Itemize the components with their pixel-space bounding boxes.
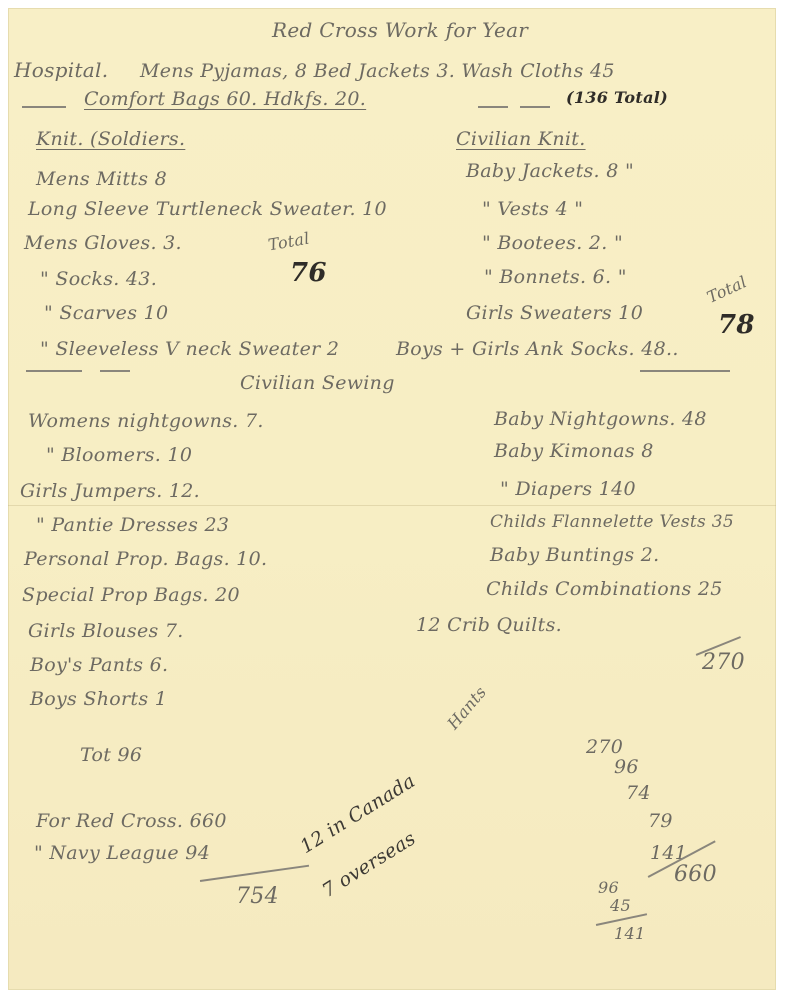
rule xyxy=(640,370,730,372)
list-item: Baby Kimonas 8 xyxy=(494,440,654,462)
civilian-sewing-heading: Civilian Sewing xyxy=(240,372,395,394)
list-item: " Vests 4 " xyxy=(482,198,583,220)
rule xyxy=(26,370,82,372)
civilian-sewing-left-total: Tot 96 xyxy=(80,744,142,766)
list-item: " Sleeveless V neck Sweater 2 xyxy=(40,338,339,360)
list-item: Girls Jumpers. 12. xyxy=(20,480,200,502)
list-item: Girls Sweaters 10 xyxy=(466,302,643,324)
civilian-sewing-right-total: 270 xyxy=(702,650,745,675)
list-item: Boys + Girls Ank Socks. 48.. xyxy=(396,338,679,360)
list-item: Mens Mitts 8 xyxy=(36,168,167,190)
list-item: " Bootees. 2. " xyxy=(482,232,623,254)
list-item: Special Prop Bags. 20 xyxy=(22,584,240,606)
hospital-label: Hospital. xyxy=(14,58,108,82)
list-item: Mens Gloves. 3. xyxy=(24,232,182,254)
list-item: Girls Blouses 7. xyxy=(28,620,184,642)
calc-side-line: 45 xyxy=(610,896,631,915)
paper-fold-line xyxy=(8,505,776,506)
list-item: Baby Jackets. 8 " xyxy=(466,160,634,182)
list-item: Boys Shorts 1 xyxy=(30,688,167,710)
document-title: Red Cross Work for Year xyxy=(272,18,528,42)
rule xyxy=(520,106,550,108)
list-item: " Bloomers. 10 xyxy=(46,444,192,466)
list-item: Childs Combinations 25 xyxy=(486,578,723,600)
calc-line: 74 xyxy=(626,782,651,804)
list-item: Personal Prop. Bags. 10. xyxy=(24,548,267,570)
calc-line: 270 xyxy=(586,736,623,758)
calc-result: 660 xyxy=(674,862,717,887)
crib-quilts: 12 Crib Quilts. xyxy=(416,614,562,636)
hospital-items-line2: Comfort Bags 60. Hdkfs. 20. xyxy=(84,88,366,110)
list-item: " Diapers 140 xyxy=(500,478,636,500)
calc-line: 141 xyxy=(650,842,687,864)
list-item: " Socks. 43. xyxy=(40,268,157,290)
list-item: Baby Nightgowns. 48 xyxy=(494,408,707,430)
civilian-knit-heading: Civilian Knit. xyxy=(456,128,586,150)
calc-side-line: 141 xyxy=(614,924,645,943)
calc-line: 96 xyxy=(614,756,639,778)
rule xyxy=(100,370,130,372)
list-item: Boy's Pants 6. xyxy=(30,654,168,676)
list-item: " Bonnets. 6. " xyxy=(484,266,627,288)
list-item: Baby Buntings 2. xyxy=(490,544,660,566)
list-item: Childs Flannelette Vests 35 xyxy=(490,512,734,532)
civilian-knit-total: 78 xyxy=(718,310,755,340)
list-item: Long Sleeve Turtleneck Sweater. 10 xyxy=(28,198,387,220)
knit-soldiers-total: 76 xyxy=(290,258,327,288)
red-cross-total: For Red Cross. 660 xyxy=(36,810,227,832)
calc-line: 79 xyxy=(648,810,673,832)
hospital-total: (136 Total) xyxy=(566,88,668,107)
grand-total: 754 xyxy=(236,884,279,909)
list-item: " Pantie Dresses 23 xyxy=(36,514,229,536)
calc-side-line: 96 xyxy=(598,878,619,897)
knit-soldiers-heading: Knit. (Soldiers. xyxy=(36,128,185,150)
navy-league-total: " Navy League 94 xyxy=(34,842,210,864)
rule xyxy=(22,106,66,108)
list-item: " Scarves 10 xyxy=(44,302,168,324)
hospital-items-line1: Mens Pyjamas, 8 Bed Jackets 3. Wash Clot… xyxy=(140,60,615,82)
list-item: Womens nightgowns. 7. xyxy=(28,410,264,432)
rule xyxy=(478,106,508,108)
